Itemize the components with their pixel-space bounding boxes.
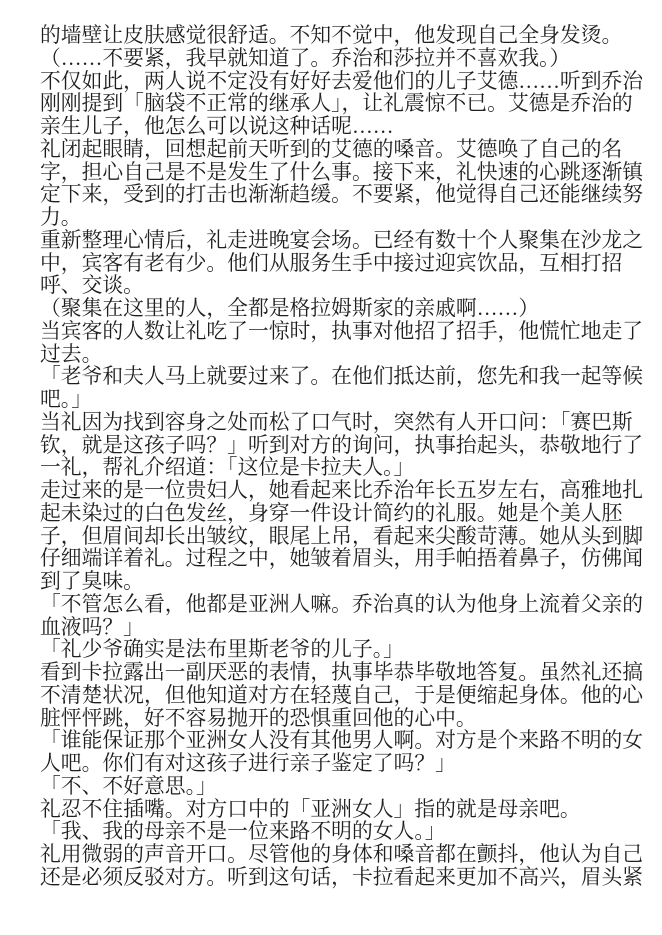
text-line: （……不要紧，我早就知道了。乔治和莎拉并不喜欢我。）: [40, 48, 654, 71]
text-line: 定下来，受到的打击也渐渐趋缓。不要紧，他觉得自己还能继续努: [40, 184, 654, 207]
text-line: 字，担心自己是不是发生了什么事。接下来，礼快速的心跳逐渐镇: [40, 162, 654, 185]
text-line: 走过来的是一位贵妇人，她看起来比乔治年长五岁左右，高雅地扎: [40, 480, 654, 503]
text-line: 血液吗？」: [40, 617, 654, 640]
text-line: 重新整理心情后，礼走进晚宴会场。已经有数十个人聚集在沙龙之: [40, 230, 654, 253]
text-line: 礼用微弱的声音开口。尽管他的身体和嗓音都在颤抖，他认为自己: [40, 844, 654, 867]
text-line: 吧。」: [40, 389, 654, 412]
text-line: 「我、我的母亲不是一位来路不明的女人。」: [40, 821, 654, 844]
text-line: 的墙壁让皮肤感觉很舒适。不知不觉中，他发现自己全身发烫。: [40, 25, 654, 48]
text-line: 钦，就是这孩子吗？」听到对方的询问，执事抬起头，恭敬地行了: [40, 435, 654, 458]
text-line: 还是必须反驳对方。听到这句话，卡拉看起来更加不高兴，眉头紧: [40, 867, 654, 890]
text-line: 中，宾客有老有少。他们从服务生手中接过迎宾饮品，互相打招: [40, 253, 654, 276]
text-line: 一礼，帮礼介绍道：「这位是卡拉夫人。」: [40, 457, 654, 480]
text-line: 不清楚状况，但他知道对方在轻蔑自己，于是便缩起身体。他的心: [40, 685, 654, 708]
text-line: （聚集在这里的人，全都是格拉姆斯家的亲戚啊……）: [40, 298, 654, 321]
text-line: 到了臭味。: [40, 571, 654, 594]
text-line: 礼忍不住插嘴。对方口中的「亚洲女人」指的就是母亲吧。: [40, 799, 654, 822]
text-line: 「谁能保证那个亚洲女人没有其他男人啊。对方是个来路不明的女: [40, 730, 654, 753]
text-line: 人吧。你们有对这孩子进行亲子鉴定了吗？」: [40, 753, 654, 776]
text-line: 当宾客的人数让礼吃了一惊时，执事对他招了招手，他慌忙地走了: [40, 321, 654, 344]
novel-page: 的墙壁让皮肤感觉很舒适。不知不觉中，他发现自己全身发烫。（……不要紧，我早就知道…: [0, 0, 662, 935]
text-line: 「不管怎么看，他都是亚洲人嘛。乔治真的认为他身上流着父亲的: [40, 594, 654, 617]
text-line: 起未染过的白色发丝，身穿一件设计简约的礼服。她是个美人胚: [40, 503, 654, 526]
novel-text-block: 的墙壁让皮肤感觉很舒适。不知不觉中，他发现自己全身发烫。（……不要紧，我早就知道…: [40, 25, 654, 890]
text-line: 亲生儿子，他怎么可以说这种话呢……: [40, 116, 654, 139]
text-line: 子，但眉间却长出皱纹，眼尾上吊，看起来尖酸苛薄。她从头到脚: [40, 526, 654, 549]
text-line: 力。: [40, 207, 654, 230]
text-line: 「不、不好意思。」: [40, 776, 654, 799]
text-line: 看到卡拉露出一副厌恶的表情，执事毕恭毕敬地答复。虽然礼还搞: [40, 662, 654, 685]
text-line: 当礼因为找到容身之处而松了口气时，突然有人开口问：「赛巴斯: [40, 412, 654, 435]
text-line: 刚刚提到「脑袋不正常的继承人」，让礼震惊不已。艾德是乔治的: [40, 93, 654, 116]
text-line: 过去。: [40, 344, 654, 367]
text-line: 「礼少爷确实是法布里斯老爷的儿子。」: [40, 639, 654, 662]
text-line: 不仅如此，两人说不定没有好好去爱他们的儿子艾德……听到乔治: [40, 71, 654, 94]
text-line: 礼闭起眼睛，回想起前天听到的艾德的嗓音。艾德唤了自己的名: [40, 139, 654, 162]
text-line: 「老爷和夫人马上就要过来了。在他们抵达前，您先和我一起等候: [40, 366, 654, 389]
text-line: 仔细端详着礼。过程之中，她皱着眉头，用手帕捂着鼻子，仿佛闻: [40, 548, 654, 571]
text-line: 呼、交谈。: [40, 275, 654, 298]
text-line: 脏怦怦跳，好不容易抛开的恐惧重回他的心中。: [40, 708, 654, 731]
